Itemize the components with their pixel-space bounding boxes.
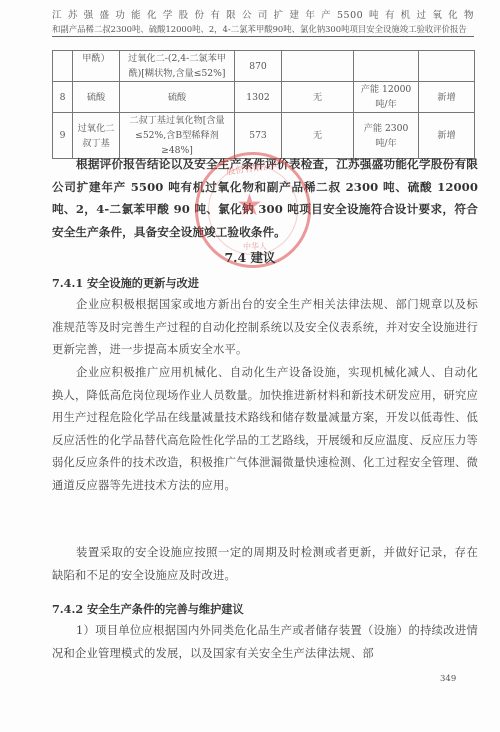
cell-name: 过氧化二叔丁基 [73,113,120,159]
cell-status: 新增 [419,82,475,113]
section-heading: 7.4 建议 [0,250,500,266]
cell-product: 过氧化二-(2,4-二氯苯甲酰)[糊状物,含量≤52%] [120,51,235,82]
running-header-line1: 江苏强盛功能化学股份有限公司扩建年产5500吨有机过氧化物 [52,10,474,22]
page-number: 349 [440,674,456,684]
cell-capacity: 产能 12000 吨/年 [354,82,419,113]
paragraph: 装置采取的安全设施应按照一定的周期及时检测或者更新，并做好记录，存在缺陷和不足的… [52,542,478,587]
cell-col5: 无 [282,113,354,159]
table-row: 8 硫酸 硫酸 1302 无 产能 12000 吨/年 新增 [53,82,475,113]
table-row: 甲酰） 过氧化二-(2,4-二氯苯甲酰)[糊状物,含量≤52%] 870 [53,51,475,82]
cell-capacity: 产能 2300 吨/年 [354,113,419,159]
paragraph: 企业应积极推广应用机械化、自动化生产设备设施，实现机械化减人、自动化换人，降低高… [52,362,478,498]
cell-qty: 573 [235,113,282,159]
cell-product: 硫酸 [120,82,235,113]
cell-status [419,51,475,82]
cell-qty: 1302 [235,82,282,113]
cell-capacity [354,51,419,82]
cell-no [53,51,73,82]
subsection-heading-7-4-1: 7.4.1 安全设施的更新与改进 [52,275,199,291]
cell-no: 9 [53,113,73,159]
cell-status: 新增 [419,113,475,159]
cell-qty: 870 [235,51,282,82]
product-table: 甲酰） 过氧化二-(2,4-二氯苯甲酰)[糊状物,含量≤52%] 870 8 硫… [52,50,475,159]
cell-product: 二叔丁基过氧化物[含量≤52%,含B型稀释剂≥48%] [120,113,235,159]
paragraph: 1）项目单位应根据国内外同类危化品生产或者储存装置（设施）的持续改进情况和企业管… [52,620,478,665]
paragraph: 企业应积极根据国家或地方新出台的安全生产相关法律法规、部门规章以及标准规范等及时… [52,294,478,362]
conclusion-paragraph: 根据评价报告结论以及安全生产条件评价表检查，江苏强盛功能化学股份有限公司扩建年产… [52,153,478,243]
cell-name: 甲酰） [73,51,120,82]
running-header-line2: 和副产品稀二叔2300吨、硫酸12000吨、2，4-二氯苯甲酸90吨、氯化钠30… [52,23,474,37]
cell-name: 硫酸 [73,82,120,113]
cell-col5: 无 [282,82,354,113]
subsection-heading-7-4-2: 7.4.2 安全生产条件的完善与维护建议 [52,601,244,617]
cell-col5 [282,51,354,82]
table-row: 9 过氧化二叔丁基 二叔丁基过氧化物[含量≤52%,含B型稀释剂≥48%] 57… [53,113,475,159]
cell-no: 8 [53,82,73,113]
document-page: 江苏强盛功能化学股份有限公司扩建年产5500吨有机过氧化物 和副产品稀二叔230… [0,0,500,732]
